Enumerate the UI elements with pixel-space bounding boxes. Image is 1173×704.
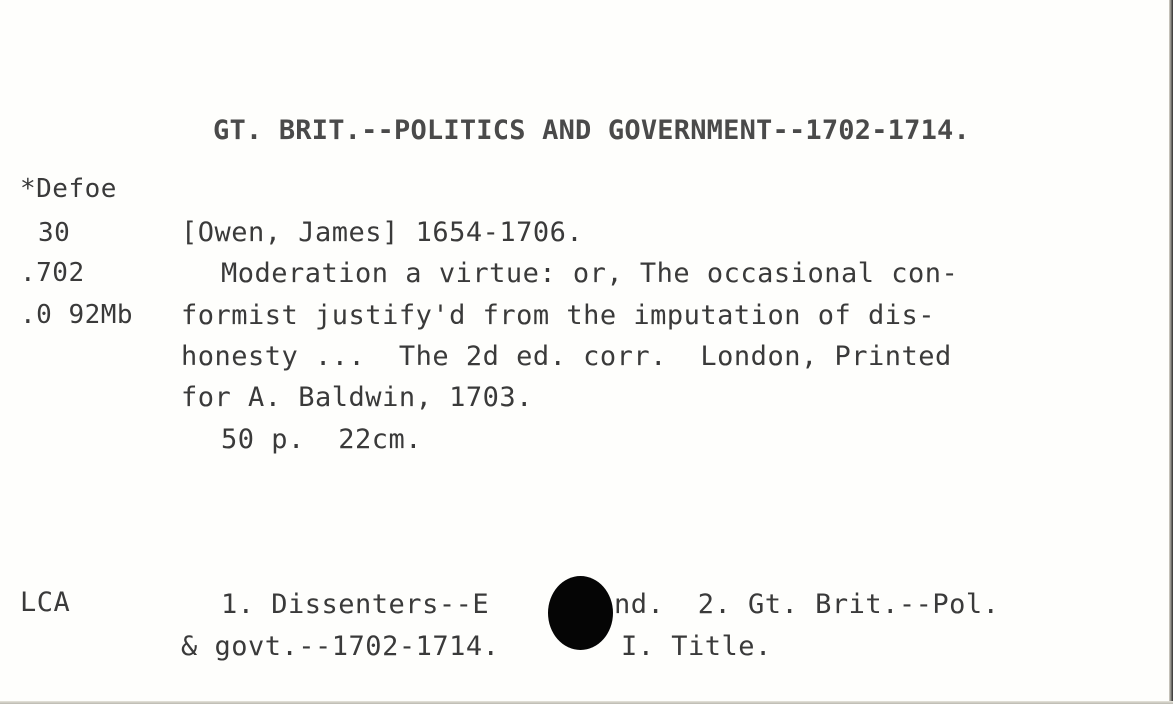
collation: 50 p. 22cm. bbox=[221, 426, 422, 453]
tracing-line-2-right: I. Title. bbox=[621, 633, 772, 660]
call-number-line-4: .0 92Mb bbox=[20, 302, 133, 328]
subject-heading: GT. BRIT.--POLITICS AND GOVERNMENT--1702… bbox=[213, 117, 970, 144]
catalog-card: GT. BRIT.--POLITICS AND GOVERNMENT--1702… bbox=[0, 0, 1173, 704]
location-code: LCA bbox=[20, 589, 70, 616]
punch-hole bbox=[548, 576, 613, 650]
call-number-line-3: .702 bbox=[20, 260, 85, 286]
author-entry: [Owen, James] 1654-1706. bbox=[181, 219, 583, 246]
call-number-line-1: *Defoe bbox=[20, 176, 117, 202]
tracing-line-1-right: nd. 2. Gt. Brit.--Pol. bbox=[614, 591, 999, 618]
call-number-line-2: 30 bbox=[38, 220, 70, 246]
card-right-edge bbox=[1169, 0, 1173, 704]
title-line-2: formist justify'd from the imputation of… bbox=[181, 302, 935, 329]
title-line-3: honesty ... The 2d ed. corr. London, Pri… bbox=[181, 343, 952, 370]
title-line-4: for A. Baldwin, 1703. bbox=[181, 384, 533, 411]
tracing-line-1-left: 1. Dissenters--E bbox=[221, 591, 489, 618]
title-line-1: Moderation a virtue: or, The occasional … bbox=[221, 260, 958, 287]
tracing-line-2-left: & govt.--1702-1714. bbox=[181, 633, 499, 660]
